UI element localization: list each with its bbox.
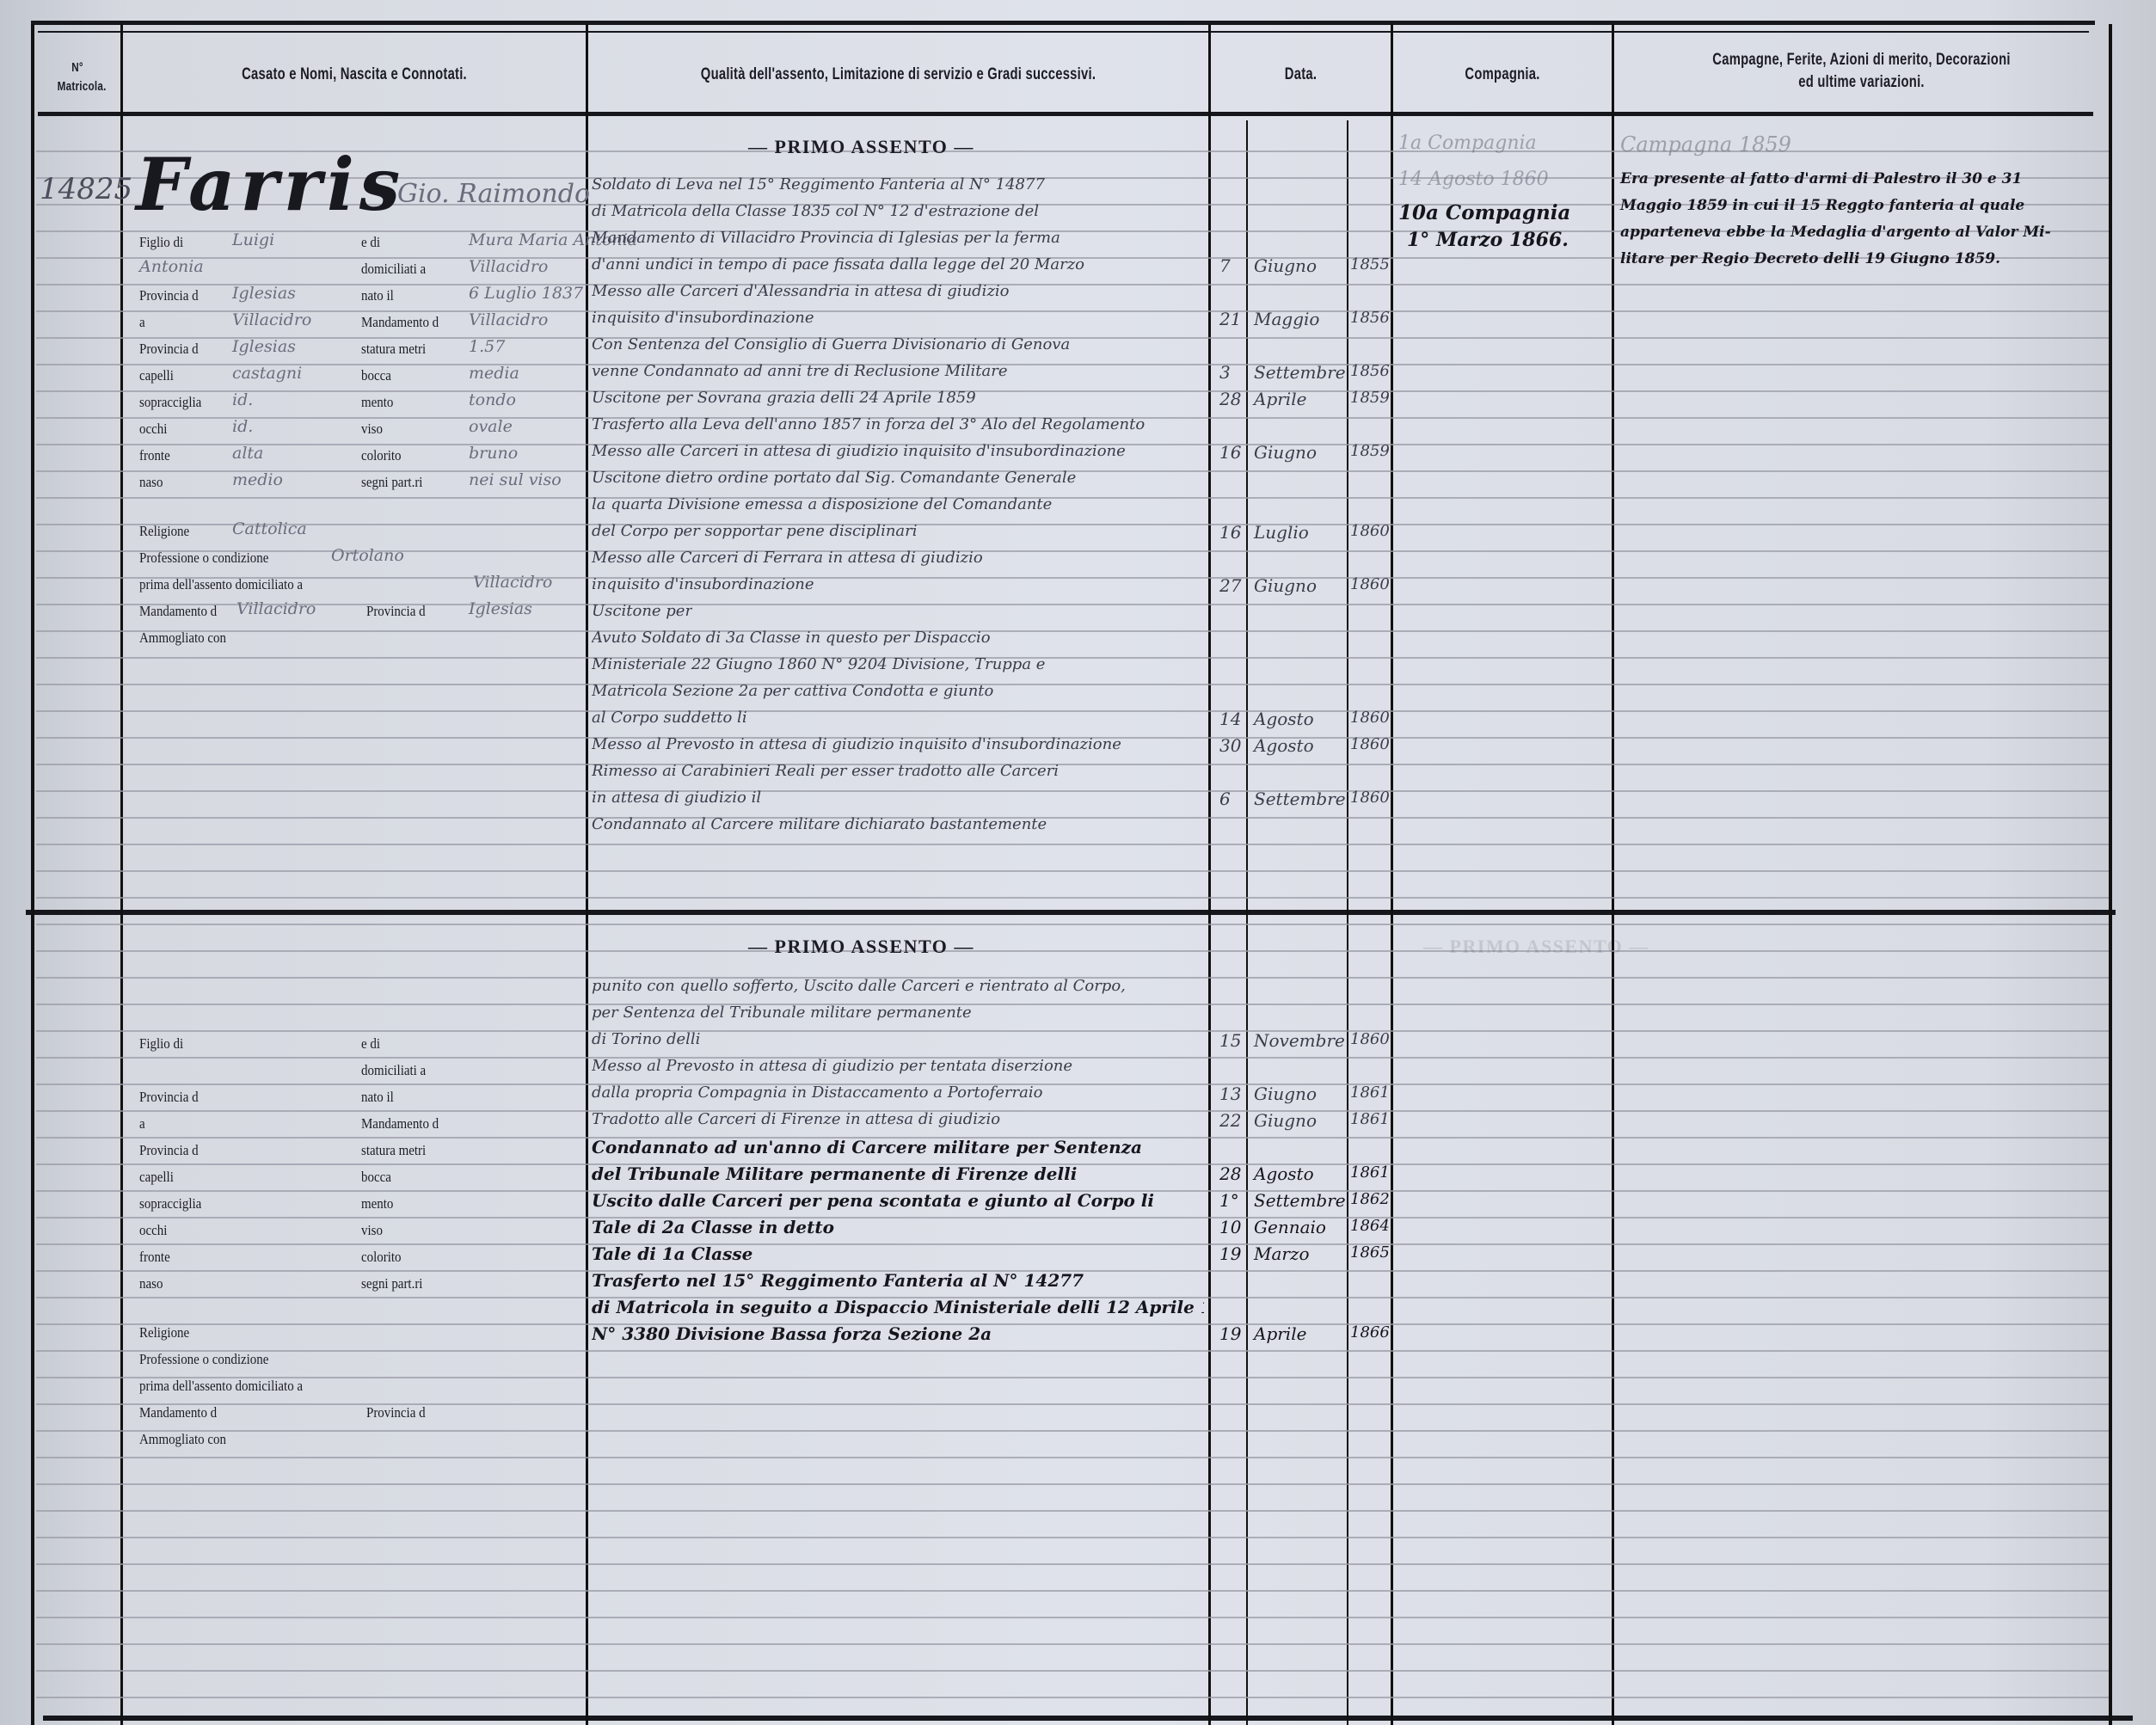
ruled-line xyxy=(36,1350,2109,1352)
entry-text: di Torino delli xyxy=(592,1030,700,1048)
connotato-value: 6 Luglio 1837 xyxy=(469,284,583,303)
ruled-line xyxy=(36,577,2109,579)
entry-month: Giugno xyxy=(1254,255,1317,276)
entry-text: Tale di 2a Classe in detto xyxy=(592,1217,834,1237)
connotato-label: colorito xyxy=(361,447,402,464)
connotato-value: 1.57 xyxy=(469,337,505,356)
connotato-label: Ammogliato con xyxy=(139,1431,226,1448)
surname: Farris xyxy=(136,142,405,227)
entry-text: del Corpo per sopportar pene disciplinar… xyxy=(592,522,918,540)
entry-year: 1862 xyxy=(1350,1190,1390,1208)
ruled-line xyxy=(36,790,2109,792)
entry-month: Settembre xyxy=(1254,362,1346,383)
connotato-value: Iglesias xyxy=(469,599,532,618)
entry-text: Messo alle Carceri di Ferrara in attesa … xyxy=(592,549,983,567)
col-line xyxy=(1391,24,1393,1725)
entry-month: Giugno xyxy=(1254,1083,1317,1104)
entry-text: Soldato di Leva nel 15° Reggimento Fante… xyxy=(592,175,1045,193)
section-title-upper: — PRIMO ASSENTO — xyxy=(748,136,974,158)
connotato-label: fronte xyxy=(139,1249,170,1266)
entry-day: 30 xyxy=(1219,735,1241,756)
col-line xyxy=(120,24,123,1725)
campagne-line: Era presente al fatto d'armi di Palestro… xyxy=(1620,170,2022,187)
entry-year: 1860 xyxy=(1350,735,1390,753)
connotato-label: viso xyxy=(361,1222,383,1239)
entry-year: 1866 xyxy=(1350,1323,1390,1341)
entry-day: 28 xyxy=(1219,389,1241,409)
col-line xyxy=(31,24,34,1725)
entry-year: 1860 xyxy=(1350,1030,1390,1048)
connotato-label: e di xyxy=(361,234,380,251)
ruled-line xyxy=(36,630,2109,632)
campagne-title: Campagna 1859 xyxy=(1620,132,1791,157)
entry-month: Giugno xyxy=(1254,442,1317,463)
campagne-line: apparteneva ebbe la Medaglia d'argento a… xyxy=(1620,224,2051,241)
entry-year: 1860 xyxy=(1350,789,1390,807)
entry-text: del Tribunale Militare permanente di Fir… xyxy=(592,1163,1077,1184)
connotato-label: prima dell'assento domiciliato a xyxy=(139,1378,303,1395)
connotato-label: Professione o condizione xyxy=(139,1351,268,1368)
entry-text: Avuto Soldato di 3a Classe in questo per… xyxy=(592,629,991,647)
ruled-line xyxy=(36,1403,2109,1405)
ruled-line xyxy=(36,1510,2109,1512)
connotato-label: viso xyxy=(361,421,383,438)
connotato-label: capelli xyxy=(139,1169,174,1186)
entry-day: 19 xyxy=(1219,1323,1241,1344)
connotato-label: statura metri xyxy=(361,341,426,358)
campagne-line: litare per Regio Decreto delli 19 Giugno… xyxy=(1620,250,2000,267)
header-data: Data. xyxy=(1231,38,1371,112)
connotato-label: segni part.ri xyxy=(361,1275,422,1292)
entry-month: Marzo xyxy=(1254,1243,1310,1264)
connotato-label: Ammogliato con xyxy=(139,629,226,647)
header-nomi-text: Casato e Nomi, Nascita e Connotati. xyxy=(242,64,467,86)
compagnia-line-2: 1° Marzo 1866. xyxy=(1407,229,1569,251)
connotato-label: capelli xyxy=(139,367,174,384)
entry-text: Uscitone dietro ordine portato dal Sig. … xyxy=(592,469,1076,487)
record-separator xyxy=(26,910,2116,915)
ruled-line xyxy=(36,1537,2109,1538)
header-matricola-text: N° Matricola. xyxy=(58,58,98,96)
connotato-label: Provincia d xyxy=(139,341,199,358)
connotato-value: tondo xyxy=(469,390,516,409)
section-title-lower: — PRIMO ASSENTO — xyxy=(748,936,974,958)
entry-text: Condannato al Carcere militare dichiarat… xyxy=(592,815,1047,833)
ruled-line xyxy=(36,950,2109,952)
ruled-line xyxy=(36,1563,2109,1565)
entry-month: Luglio xyxy=(1254,522,1309,543)
bottom-rule xyxy=(43,1716,2133,1721)
ruled-line xyxy=(36,524,2109,525)
header-qualita: Qualità dell'assento, Limitazione di ser… xyxy=(656,38,1139,112)
connotato-value: medio xyxy=(232,470,283,489)
ruled-line xyxy=(36,1457,2109,1458)
connotato-label: Figlio di xyxy=(139,1035,183,1053)
connotato-label: naso xyxy=(139,1275,163,1292)
top-border xyxy=(31,21,2095,25)
connotato-value: Luigi xyxy=(232,230,274,249)
entry-text: di Matricola della Classe 1835 col N° 12… xyxy=(592,202,1039,220)
connotato-label: e di xyxy=(361,1035,380,1053)
entry-text: al Corpo suddetto li xyxy=(592,709,747,727)
ruled-line xyxy=(36,284,2109,285)
connotato-label: Mandamento d xyxy=(139,603,217,620)
entry-text: Messo alle Carceri in attesa di giudizio… xyxy=(592,442,1126,460)
entry-day: 16 xyxy=(1219,522,1241,543)
connotato-label: mento xyxy=(361,394,393,411)
ruled-line xyxy=(36,1004,2109,1005)
entry-text: per Sentenza del Tribunale militare perm… xyxy=(592,1004,972,1022)
connotato-value: Ortolano xyxy=(331,546,404,565)
connotato-label: sopracciglia xyxy=(139,394,201,411)
ruled-line xyxy=(36,604,2109,605)
entry-day: 10 xyxy=(1219,1217,1241,1237)
connotato-label: mento xyxy=(361,1195,393,1212)
ruled-line xyxy=(36,870,2109,872)
entry-text: Rimesso ai Carabinieri Reali per esser t… xyxy=(592,762,1059,780)
entry-year: 1859 xyxy=(1350,442,1390,460)
ruled-line xyxy=(36,497,2109,499)
entry-text: in attesa di giudizio il xyxy=(592,789,761,807)
entry-text: Uscito dalle Carceri per pena scontata e… xyxy=(592,1190,1154,1211)
entry-text: N° 3380 Divisione Bassa forza Sezione 2a xyxy=(592,1323,992,1344)
ruled-line xyxy=(36,310,2109,312)
entry-month: Giugno xyxy=(1254,1110,1317,1131)
connotato-label: prima dell'assento domiciliato a xyxy=(139,576,303,593)
ruled-line xyxy=(36,1697,2109,1698)
entry-text: Ministeriale 22 Giugno 1860 N° 9204 Divi… xyxy=(592,655,1045,673)
connotato-value: Villacidro xyxy=(469,310,548,329)
entry-year: 1859 xyxy=(1350,389,1390,407)
connotato-label: occhi xyxy=(139,421,167,438)
connotato-label: naso xyxy=(139,474,163,491)
entry-year: 1856 xyxy=(1350,309,1390,327)
entry-month: Novembre xyxy=(1254,1030,1345,1051)
col-line xyxy=(1612,24,1614,1725)
campagne-line: Maggio 1859 in cui il 15 Reggto fanteria… xyxy=(1620,197,2024,214)
connotato-value: nei sul viso xyxy=(469,470,562,489)
entry-month: Settembre xyxy=(1254,789,1346,809)
header-campagne-line2: ed ultime variazioni. xyxy=(1798,71,1925,94)
col-line xyxy=(586,24,588,1725)
entry-day: 7 xyxy=(1219,255,1231,276)
ruled-line xyxy=(36,1643,2109,1645)
connotato-label: nato il xyxy=(361,287,394,304)
entry-text: Mandamento di Villacidro Provincia di Ig… xyxy=(592,229,1060,247)
connotato-label: domiciliati a xyxy=(361,261,426,278)
top-border-inner xyxy=(38,31,2089,33)
connotato-value: Villacidro xyxy=(473,573,552,592)
connotato-label: a xyxy=(139,1115,145,1133)
compagnia-line-1: 10a Compagnia xyxy=(1398,201,1570,224)
entry-day: 1° xyxy=(1219,1190,1239,1211)
entry-year: 1860 xyxy=(1350,522,1390,540)
entry-month: Gennaio xyxy=(1254,1217,1326,1237)
header-data-text: Data. xyxy=(1285,64,1317,86)
entry-month: Aprile xyxy=(1254,389,1306,409)
compagnia-faint-2: 14 Agosto 1860 xyxy=(1398,169,1549,190)
connotato-label: sopracciglia xyxy=(139,1195,201,1212)
connotato-value: id. xyxy=(232,417,253,436)
header-compagnia-text: Compagnia. xyxy=(1465,64,1539,86)
entry-month: Settembre xyxy=(1254,1190,1346,1211)
entry-year: 1861 xyxy=(1350,1083,1390,1102)
entry-text: inquisito d'insubordinazione xyxy=(592,575,814,593)
connotato-label: Provincia d xyxy=(366,603,426,620)
entry-year: 1860 xyxy=(1350,709,1390,727)
ruled-line xyxy=(36,1670,2109,1672)
connotato-label: Mandamento d xyxy=(361,314,439,331)
ruled-line xyxy=(36,1483,2109,1485)
entry-day: 16 xyxy=(1219,442,1241,463)
entry-day: 22 xyxy=(1219,1110,1241,1131)
connotato-value: Villacidro xyxy=(469,257,548,276)
section-title-ghost: — PRIMO ASSENTO — xyxy=(1423,936,1649,958)
entry-text: inquisito d'insubordinazione xyxy=(592,309,814,327)
connotato-value: Antonia xyxy=(139,257,204,276)
entry-text: Messo al Prevosto in attesa di giudizio … xyxy=(592,1057,1072,1075)
header-campagne-line1: Campagne, Ferite, Azioni di merito, Deco… xyxy=(1712,49,2010,71)
col-line xyxy=(2109,24,2112,1725)
entry-year: 1865 xyxy=(1350,1243,1390,1262)
entry-text: di Matricola in seguito a Dispaccio Mini… xyxy=(592,1297,1204,1317)
ruled-line xyxy=(36,1617,2109,1618)
ruled-line xyxy=(36,1110,2109,1112)
entry-month: Agosto xyxy=(1254,709,1314,729)
entry-year: 1855 xyxy=(1350,255,1390,273)
entry-month: Aprile xyxy=(1254,1323,1306,1344)
entry-month: Agosto xyxy=(1254,735,1314,756)
ruled-line xyxy=(36,364,2109,365)
connotato-value: Iglesias xyxy=(232,337,296,356)
header-campagne: Campagne, Ferite, Azioni di merito, Deco… xyxy=(1668,34,2055,108)
matricola-number: 14825 xyxy=(40,172,132,206)
connotato-label: Religione xyxy=(139,1324,189,1341)
entry-day: 19 xyxy=(1219,1243,1241,1264)
ruled-line xyxy=(36,844,2109,845)
connotato-label: Provincia d xyxy=(139,287,199,304)
entry-day: 3 xyxy=(1219,362,1231,383)
connotato-label: Figlio di xyxy=(139,234,183,251)
connotato-label: occhi xyxy=(139,1222,167,1239)
ruled-line xyxy=(36,1243,2109,1245)
header-matricola: N° Matricola. xyxy=(44,43,111,112)
ruled-line xyxy=(36,1217,2109,1219)
header-bottom-rule xyxy=(38,112,2093,116)
connotato-label: Provincia d xyxy=(139,1089,199,1106)
header-compagnia: Compagnia. xyxy=(1417,38,1588,112)
connotato-label: domiciliati a xyxy=(361,1062,426,1079)
connotato-label: a xyxy=(139,314,145,331)
connotato-label: bocca xyxy=(361,1169,391,1186)
ruled-line xyxy=(36,1030,2109,1032)
connotato-value: alta xyxy=(232,444,263,463)
entry-day: 21 xyxy=(1219,309,1241,329)
entry-text: Trasferto alla Leva dell'anno 1857 in fo… xyxy=(592,415,1145,433)
entry-year: 1860 xyxy=(1350,575,1390,593)
connotato-label: fronte xyxy=(139,447,170,464)
ruled-line xyxy=(36,1323,2109,1325)
entry-text: Tradotto alle Carceri di Firenze in atte… xyxy=(592,1110,1000,1128)
connotato-label: nato il xyxy=(361,1089,394,1106)
col-line xyxy=(1208,24,1211,1725)
connotato-value: ovale xyxy=(469,417,513,436)
connotato-value: Iglesias xyxy=(232,284,296,303)
entry-month: Maggio xyxy=(1254,309,1319,329)
ruled-line xyxy=(36,390,2109,392)
entry-text: Trasferto nel 15° Reggimento Fanteria al… xyxy=(592,1270,1084,1291)
ruled-line xyxy=(36,710,2109,712)
entry-text: dalla propria Compagnia in Distaccamento… xyxy=(592,1083,1042,1102)
entry-text: Messo alle Carceri d'Alessandria in atte… xyxy=(592,282,1010,300)
connotato-value: Villacidro xyxy=(236,599,316,618)
entry-year: 1861 xyxy=(1350,1110,1390,1128)
connotato-label: Mandamento d xyxy=(139,1404,217,1421)
ruled-line xyxy=(36,897,2109,899)
ruled-line xyxy=(36,337,2109,339)
header-qualita-text: Qualità dell'assento, Limitazione di ser… xyxy=(701,64,1096,86)
entry-text: Messo al Prevosto in attesa di giudizio … xyxy=(592,735,1121,753)
entry-text: Condannato ad un'anno di Carcere militar… xyxy=(592,1137,1142,1157)
entry-text: la quarta Divisione emessa a disposizion… xyxy=(592,495,1052,513)
connotato-label: bocca xyxy=(361,367,391,384)
entry-year: 1861 xyxy=(1350,1163,1390,1182)
entry-year: 1856 xyxy=(1350,362,1390,380)
entry-day: 27 xyxy=(1219,575,1241,596)
entry-text: venne Condannato ad anni tre di Reclusio… xyxy=(592,362,1008,380)
connotato-value: Villacidro xyxy=(232,310,311,329)
ruled-line xyxy=(36,764,2109,765)
connotato-label: statura metri xyxy=(361,1142,426,1159)
entry-text: Tale di 1a Classe xyxy=(592,1243,752,1264)
connotato-value: bruno xyxy=(469,444,518,463)
entry-text: Uscitone per Sovrana grazia delli 24 Apr… xyxy=(592,389,976,407)
register-page: N° Matricola. Casato e Nomi, Nascita e C… xyxy=(0,0,2156,1725)
ruled-line xyxy=(36,1590,2109,1592)
ruled-line xyxy=(36,657,2109,659)
entry-text: Con Sentenza del Consiglio di Guerra Div… xyxy=(592,335,1070,353)
connotato-label: Religione xyxy=(139,523,189,540)
entry-month: Agosto xyxy=(1254,1163,1314,1184)
entry-text: Matricola Sezione 2a per cattiva Condott… xyxy=(592,682,993,700)
connotato-label: Professione o condizione xyxy=(139,549,268,567)
entry-day: 15 xyxy=(1219,1030,1241,1051)
ruled-line xyxy=(36,817,2109,819)
entry-day: 6 xyxy=(1219,789,1231,809)
entry-text: punito con quello sofferto, Uscito dalle… xyxy=(592,977,1126,995)
ruled-line xyxy=(36,684,2109,685)
entry-day: 28 xyxy=(1219,1163,1241,1184)
given-names: Gio. Raimondo xyxy=(397,179,590,209)
ruled-line xyxy=(36,924,2109,925)
connotato-label: Mandamento d xyxy=(361,1115,439,1133)
ruled-line xyxy=(36,1377,2109,1378)
connotato-value: id. xyxy=(232,390,253,409)
compagnia-faint-1: 1a Compagnia xyxy=(1398,132,1537,154)
connotato-label: colorito xyxy=(361,1249,402,1266)
ruled-line xyxy=(36,1083,2109,1085)
entry-day: 14 xyxy=(1219,709,1241,729)
connotato-label: segni part.ri xyxy=(361,474,422,491)
entry-day: 13 xyxy=(1219,1083,1241,1104)
entry-text: d'anni undici in tempo di pace fissata d… xyxy=(592,255,1084,273)
connotato-label: Provincia d xyxy=(366,1404,426,1421)
connotato-value: media xyxy=(469,364,519,383)
ruled-line xyxy=(36,1430,2109,1432)
entry-text: Uscitone per xyxy=(592,602,692,620)
connotato-value: Cattolica xyxy=(232,519,307,538)
connotato-value: castagni xyxy=(232,364,302,383)
connotato-label: Provincia d xyxy=(139,1142,199,1159)
header-nomi: Casato e Nomi, Nascita e Connotati. xyxy=(174,38,535,112)
entry-year: 1864 xyxy=(1350,1217,1390,1235)
entry-month: Giugno xyxy=(1254,575,1317,596)
